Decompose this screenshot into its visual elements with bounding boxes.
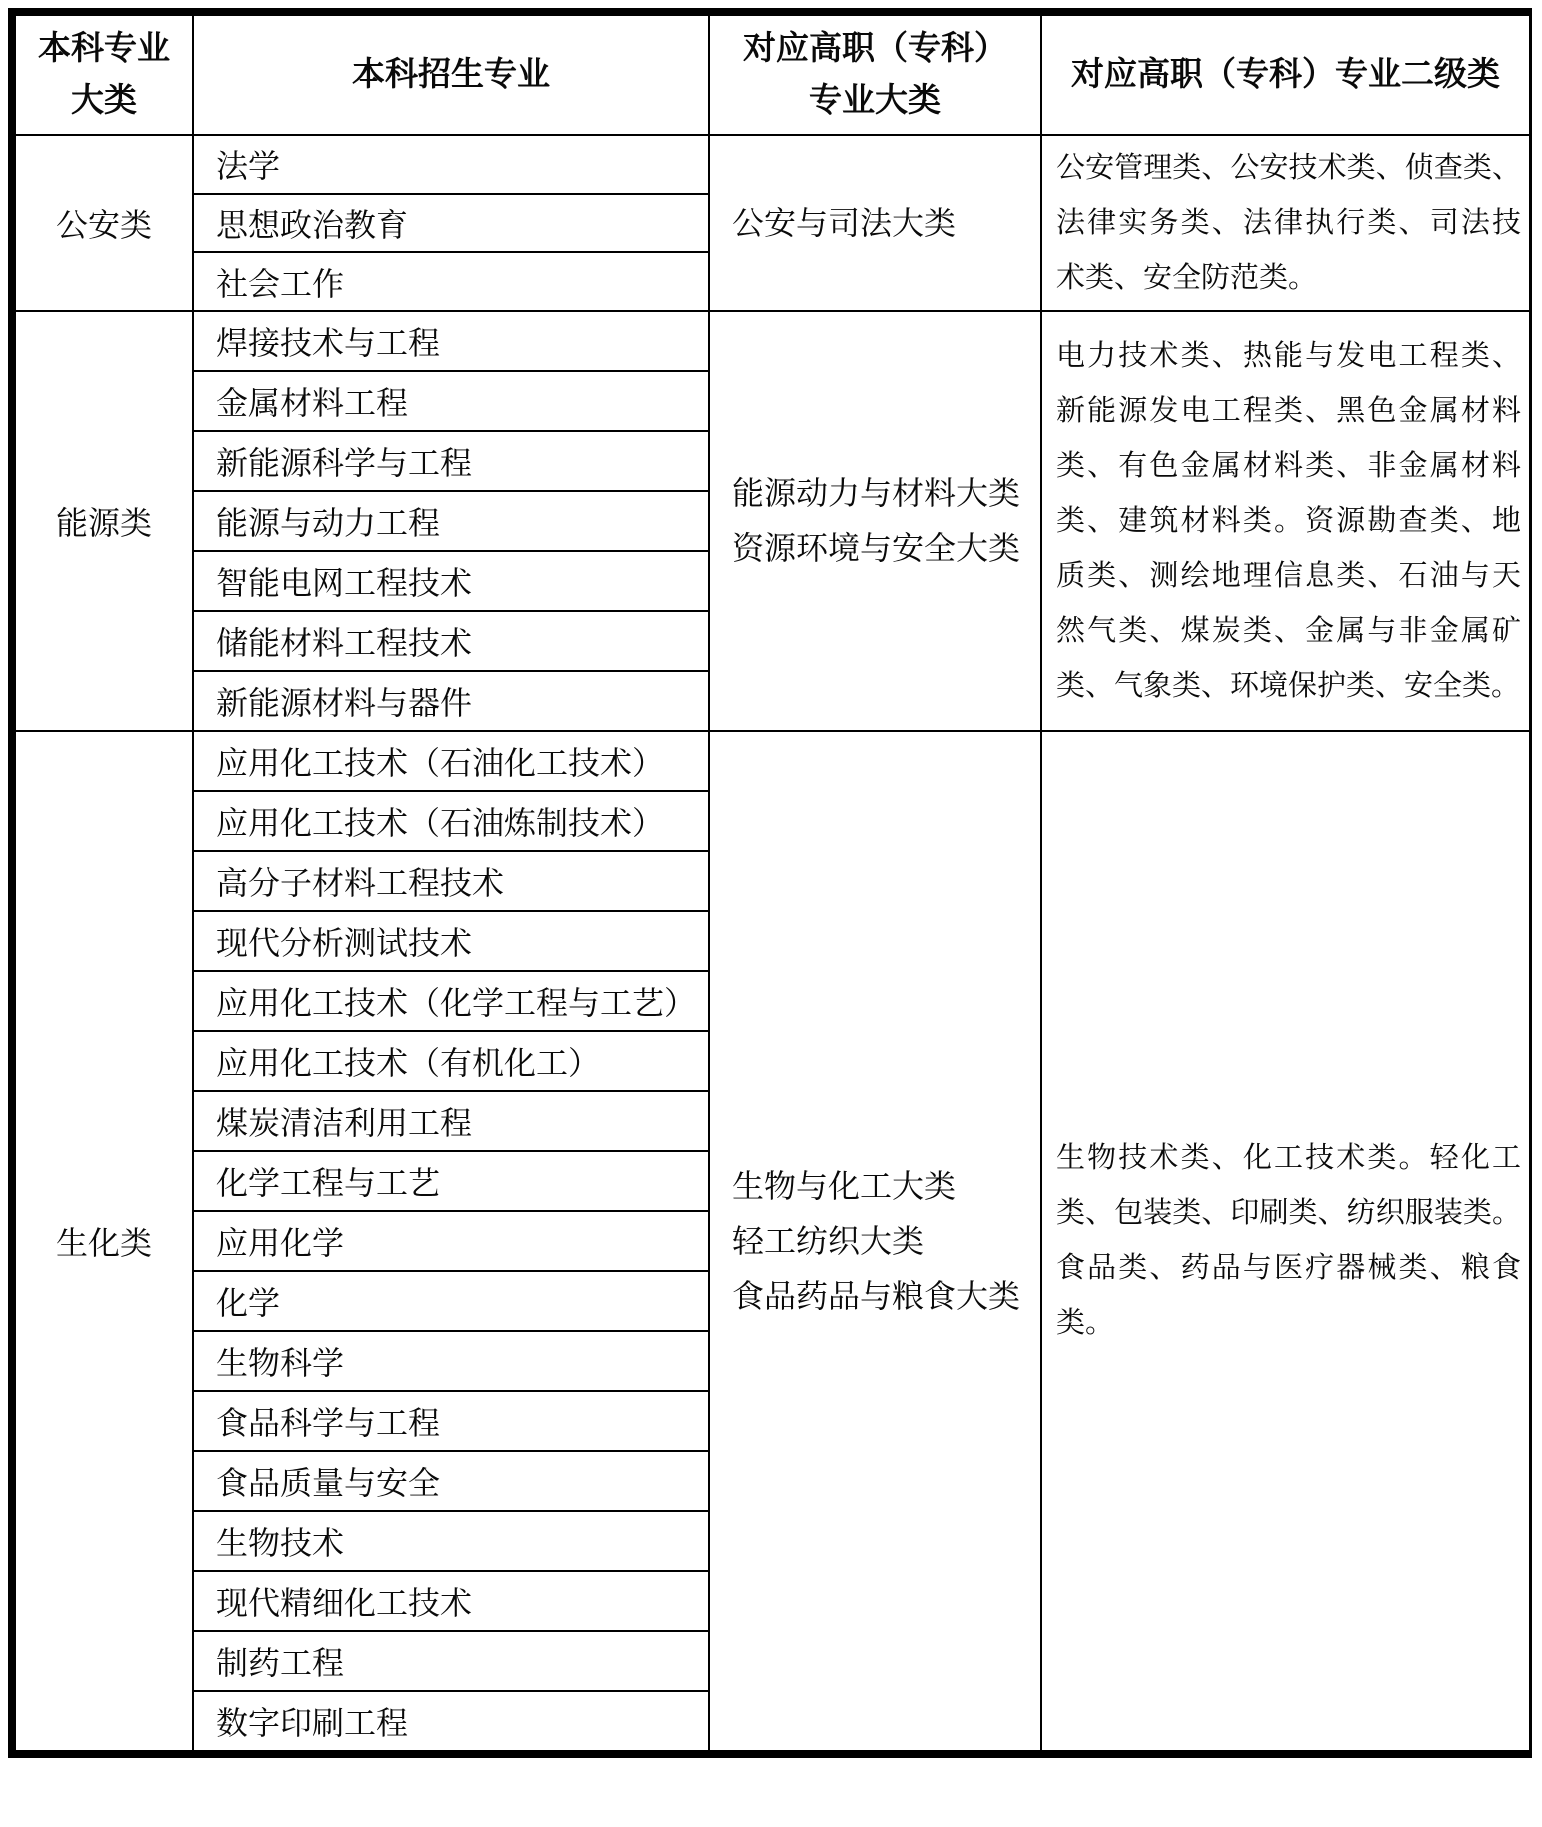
text-line: 对应高职（专科）	[710, 23, 1040, 75]
major-label: 能源与动力工程	[216, 498, 440, 544]
major-row: 应用化工技术（石油炼制技术）	[194, 790, 708, 850]
category-label: 能源类	[56, 498, 152, 544]
major-row: 金属材料工程	[194, 370, 708, 430]
major-row: 应用化学	[194, 1210, 708, 1270]
category-label: 公安类	[56, 200, 152, 246]
major-label: 智能电网工程技术	[216, 558, 472, 604]
vocational-category-cell: 能源动力与材料大类资源环境与安全大类	[710, 312, 1042, 730]
text-line: 类、建筑材料类。资源勘查类、地	[1056, 494, 1521, 549]
text-line: 法律实务类、法律执行类、司法技	[1056, 196, 1521, 251]
majors-column: 法学思想政治教育社会工作	[194, 136, 710, 310]
major-label: 生物技术	[216, 1518, 344, 1564]
vocational-subcategory-cell: 公安管理类、公安技术类、侦查类、法律实务类、法律执行类、司法技术类、安全防范类。	[1042, 136, 1529, 310]
text-line: 新能源发电工程类、黑色金属材料	[1056, 384, 1521, 439]
major-row: 法学	[194, 136, 708, 193]
major-label: 新能源材料与器件	[216, 678, 472, 724]
vocational-category-cell: 公安与司法大类	[710, 136, 1042, 310]
text-line: 资源环境与安全大类	[732, 521, 1040, 576]
major-row: 生物技术	[194, 1510, 708, 1570]
major-row: 化学	[194, 1270, 708, 1330]
major-row: 应用化工技术（石油化工技术）	[194, 732, 708, 790]
major-label: 焊接技术与工程	[216, 318, 440, 364]
text-line: 质类、测绘地理信息类、石油与天	[1056, 549, 1521, 604]
major-row: 能源与动力工程	[194, 490, 708, 550]
text-line: 本科招生专业	[194, 49, 708, 101]
major-label: 应用化工技术（化学工程与工艺）	[216, 978, 696, 1024]
major-row: 应用化工技术（化学工程与工艺）	[194, 970, 708, 1030]
major-row: 应用化工技术（有机化工）	[194, 1030, 708, 1090]
major-row: 现代分析测试技术	[194, 910, 708, 970]
major-row: 制药工程	[194, 1630, 708, 1690]
major-label: 新能源科学与工程	[216, 438, 472, 484]
category-cell: 生化类	[16, 732, 194, 1750]
major-label: 制药工程	[216, 1638, 344, 1684]
vocational-subcategory-cell: 电力技术类、热能与发电工程类、新能源发电工程类、黑色金属材料类、有色金属材料类、…	[1042, 312, 1529, 730]
text-line: 本科专业	[16, 23, 192, 75]
major-row: 高分子材料工程技术	[194, 850, 708, 910]
major-label: 法学	[216, 141, 280, 187]
major-label: 现代精细化工技术	[216, 1578, 472, 1624]
major-label: 社会工作	[216, 259, 344, 305]
major-label: 化学工程与工艺	[216, 1158, 440, 1204]
major-row: 食品质量与安全	[194, 1450, 708, 1510]
document-page: 本科专业大类 本科招生专业 对应高职（专科）专业大类 对应高职（专科）专业二级类…	[0, 0, 1542, 1827]
major-label: 应用化工技术（有机化工）	[216, 1038, 600, 1084]
major-row: 生物科学	[194, 1330, 708, 1390]
major-label: 食品质量与安全	[216, 1458, 440, 1504]
column-header-vocational-subcategory: 对应高职（专科）专业二级类	[1042, 16, 1529, 134]
text-line: 类、包装类、印刷类、纺织服装类。	[1056, 1186, 1521, 1241]
text-line: 类、气象类、环境保护类、安全类。	[1056, 659, 1521, 714]
text-line: 电力技术类、热能与发电工程类、	[1056, 329, 1521, 384]
major-label: 应用化工技术（石油炼制技术）	[216, 798, 664, 844]
major-label: 食品科学与工程	[216, 1398, 440, 1444]
text-line: 食品类、药品与医疗器械类、粮食	[1056, 1241, 1521, 1296]
table-header-row: 本科专业大类 本科招生专业 对应高职（专科）专业大类 对应高职（专科）专业二级类	[16, 16, 1529, 136]
text-line: 专业大类	[710, 75, 1040, 127]
category-cell: 能源类	[16, 312, 194, 730]
major-row: 智能电网工程技术	[194, 550, 708, 610]
major-row: 焊接技术与工程	[194, 312, 708, 370]
category-label: 生化类	[56, 1218, 152, 1264]
category-cell: 公安类	[16, 136, 194, 310]
major-row: 储能材料工程技术	[194, 610, 708, 670]
major-label: 现代分析测试技术	[216, 918, 472, 964]
text-line: 对应高职（专科）专业二级类	[1042, 49, 1529, 101]
major-label: 数字印刷工程	[216, 1698, 408, 1744]
major-row: 新能源材料与器件	[194, 670, 708, 730]
text-line: 轻工纺织大类	[732, 1214, 1040, 1269]
major-label: 生物科学	[216, 1338, 344, 1384]
major-label: 思想政治教育	[216, 200, 408, 246]
text-line: 大类	[16, 75, 192, 127]
column-header-undergrad-majors: 本科招生专业	[194, 16, 710, 134]
text-line: 术类、安全防范类。	[1056, 251, 1521, 306]
vocational-category-cell: 生物与化工大类轻工纺织大类食品药品与粮食大类	[710, 732, 1042, 1750]
major-row: 社会工作	[194, 251, 708, 310]
major-mapping-table: 本科专业大类 本科招生专业 对应高职（专科）专业大类 对应高职（专科）专业二级类…	[8, 8, 1532, 1758]
text-line: 公安管理类、公安技术类、侦查类、	[1056, 141, 1521, 196]
major-label: 应用化工技术（石油化工技术）	[216, 738, 664, 784]
major-row: 煤炭清洁利用工程	[194, 1090, 708, 1150]
major-label: 化学	[216, 1278, 280, 1324]
text-line: 能源动力与材料大类	[732, 466, 1040, 521]
text-line: 类。	[1056, 1296, 1521, 1351]
major-row: 思想政治教育	[194, 193, 708, 252]
text-line: 类、有色金属材料类、非金属材料	[1056, 439, 1521, 494]
major-row: 新能源科学与工程	[194, 430, 708, 490]
major-label: 煤炭清洁利用工程	[216, 1098, 472, 1144]
major-row: 化学工程与工艺	[194, 1150, 708, 1210]
text-line: 公安与司法大类	[732, 196, 1040, 251]
major-row: 数字印刷工程	[194, 1690, 708, 1750]
table-section: 能源类 焊接技术与工程金属材料工程新能源科学与工程能源与动力工程智能电网工程技术…	[16, 310, 1529, 730]
majors-column: 应用化工技术（石油化工技术）应用化工技术（石油炼制技术）高分子材料工程技术现代分…	[194, 732, 710, 1750]
majors-column: 焊接技术与工程金属材料工程新能源科学与工程能源与动力工程智能电网工程技术储能材料…	[194, 312, 710, 730]
table-section: 公安类 法学思想政治教育社会工作 公安与司法大类 公安管理类、公安技术类、侦查类…	[16, 136, 1529, 310]
major-row: 现代精细化工技术	[194, 1570, 708, 1630]
column-header-undergrad-category: 本科专业大类	[16, 16, 194, 134]
major-label: 高分子材料工程技术	[216, 858, 504, 904]
text-line: 生物技术类、化工技术类。轻化工	[1056, 1131, 1521, 1186]
major-label: 应用化学	[216, 1218, 344, 1264]
major-row: 食品科学与工程	[194, 1390, 708, 1450]
vocational-subcategory-cell: 生物技术类、化工技术类。轻化工类、包装类、印刷类、纺织服装类。食品类、药品与医疗…	[1042, 732, 1529, 1750]
column-header-vocational-category: 对应高职（专科）专业大类	[710, 16, 1042, 134]
major-label: 金属材料工程	[216, 378, 408, 424]
text-line: 食品药品与粮食大类	[732, 1269, 1040, 1324]
text-line: 生物与化工大类	[732, 1159, 1040, 1214]
text-line: 然气类、煤炭类、金属与非金属矿	[1056, 604, 1521, 659]
table-section: 生化类 应用化工技术（石油化工技术）应用化工技术（石油炼制技术）高分子材料工程技…	[16, 730, 1529, 1750]
major-label: 储能材料工程技术	[216, 618, 472, 664]
table-body: 公安类 法学思想政治教育社会工作 公安与司法大类 公安管理类、公安技术类、侦查类…	[16, 136, 1529, 1750]
